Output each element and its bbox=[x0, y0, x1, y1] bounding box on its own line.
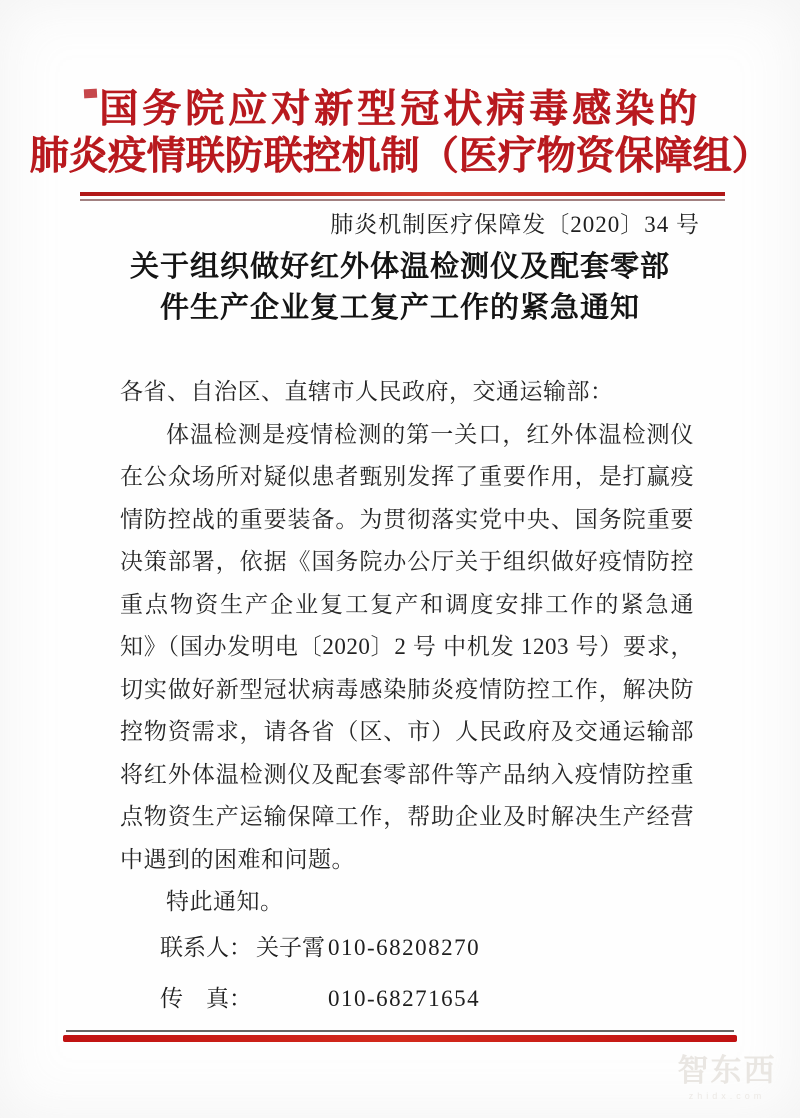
watermark-logo-text: 智东西 bbox=[660, 1054, 794, 1088]
letterhead-line-2: 肺炎疫情联防联控机制（医疗物资保障组） bbox=[0, 134, 800, 180]
letterhead-divider-red bbox=[80, 192, 725, 196]
contact-phone-number: 010-68208270 bbox=[328, 935, 480, 961]
document-page: 国务院应对新型冠状病毒感染的 肺炎疫情联防联控机制（医疗物资保障组） 肺炎机制医… bbox=[0, 0, 800, 1118]
title-line-2: 件生产企业复工复产工作的紧急通知 bbox=[0, 288, 800, 329]
footer-divider-red bbox=[63, 1035, 737, 1042]
fax-row: 传 真： 010-68271654 bbox=[160, 980, 480, 1031]
document-body: 各省、自治区、直辖市人民政府，交通运输部： 体温检测是疫情检测的第一关口，红外体… bbox=[120, 371, 694, 924]
salutation-line: 各省、自治区、直辖市人民政府，交通运输部： bbox=[120, 371, 694, 414]
letterhead-divider-thin bbox=[80, 199, 725, 201]
watermark-url-text: zhidx.com bbox=[660, 1091, 794, 1101]
letterhead-line-1: 国务院应对新型冠状病毒感染的 bbox=[0, 86, 800, 134]
document-number: 肺炎机制医疗保障发〔2020〕34 号 bbox=[330, 206, 700, 239]
contact-person-label: 联系人： bbox=[160, 929, 256, 962]
document-title: 关于组织做好红外体温检测仪及配套零部 件生产企业复工复产工作的紧急通知 bbox=[0, 247, 800, 329]
watermark: 智东西 zhidx.com bbox=[660, 1054, 794, 1101]
contact-person-row: 联系人： 关子霄 010-68208270 bbox=[160, 929, 480, 980]
footer-divider-thin bbox=[66, 1030, 734, 1032]
contact-person-name: 关子霄 bbox=[256, 929, 328, 962]
contact-block: 联系人： 关子霄 010-68208270 传 真： 010-68271654 bbox=[160, 929, 480, 1031]
fax-label: 传 真： bbox=[160, 980, 256, 1013]
fax-number: 010-68271654 bbox=[328, 986, 480, 1012]
title-line-1: 关于组织做好红外体温检测仪及配套零部 bbox=[0, 247, 800, 288]
body-paragraph: 体温检测是疫情检测的第一关口，红外体温检测仪在公众场所对疑似患者甄别发挥了重要作… bbox=[120, 414, 694, 882]
red-letterhead: 国务院应对新型冠状病毒感染的 肺炎疫情联防联控机制（医疗物资保障组） bbox=[0, 86, 800, 180]
closing-line: 特此通知。 bbox=[120, 881, 694, 924]
